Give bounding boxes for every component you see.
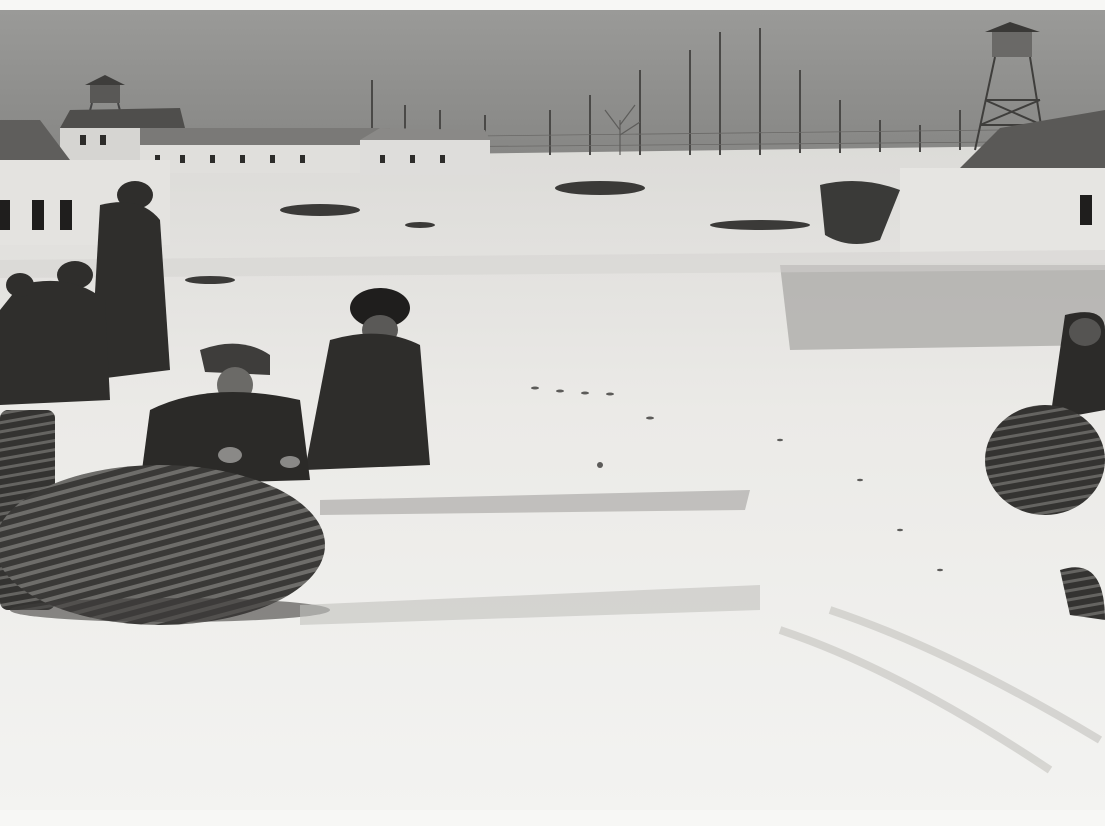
scene [0, 10, 1105, 810]
photo-border-top [0, 0, 1105, 10]
log-right [985, 405, 1105, 515]
photo-border-bottom [0, 810, 1105, 826]
snow-shadow-band [780, 265, 1105, 350]
photo-frame [0, 10, 1105, 810]
photograph: Men rolling large logs / barrels across … [0, 0, 1105, 826]
